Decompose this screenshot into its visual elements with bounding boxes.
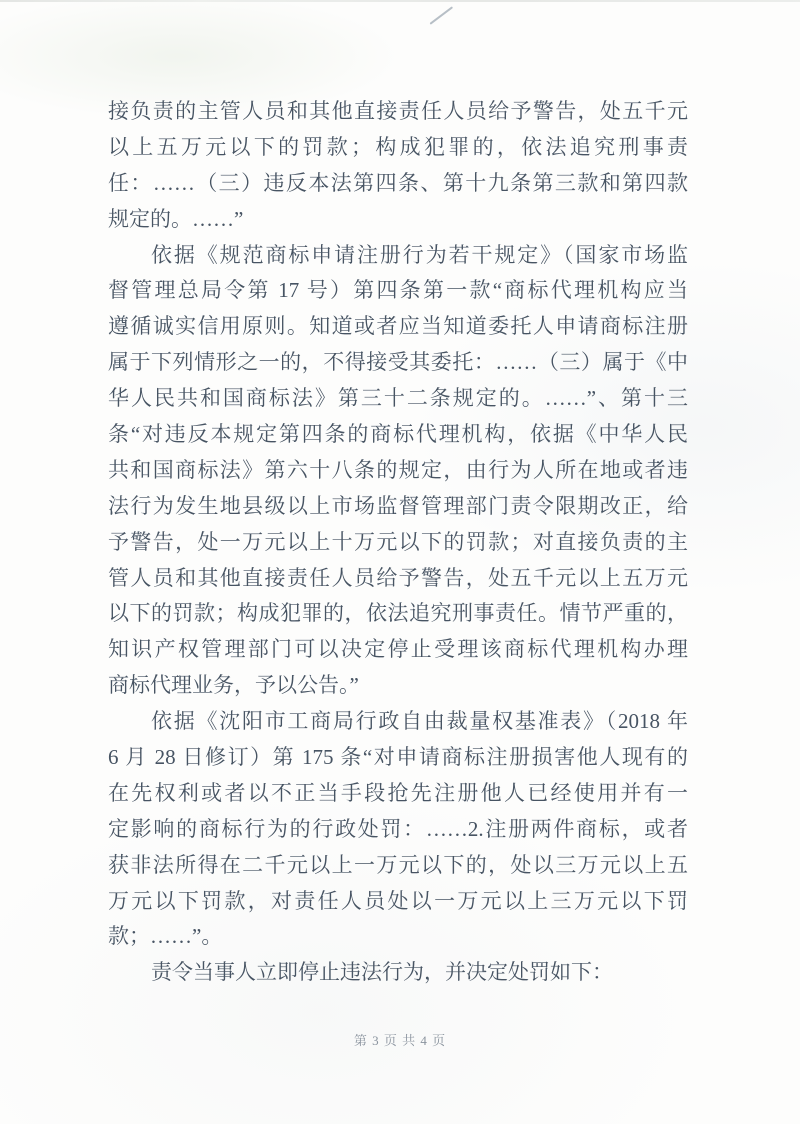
paragraph: 依据《规范商标申请注册行为若干规定》（国家市场监督管理总局令第 17 号）第四条… <box>108 238 688 705</box>
document-line: 条“对违反本规定第四条的商标代理机构，依据《中华人民 <box>108 417 688 453</box>
document-line: 管人员和其他直接责任人员给予警告，处五千元以上五万元 <box>108 561 688 597</box>
document-line: 万元以下罚款，对责任人员处以一万元以上三万元以下罚 <box>108 884 688 920</box>
document-line: 督管理总局令第 17 号）第四条第一款“商标代理机构应当 <box>108 273 688 309</box>
document-body: 接负责的主管人员和其他直接责任人员给予警告，处五千元以上五万元以下的罚款；构成犯… <box>108 94 688 991</box>
document-line: 任：……（三）违反本法第四条、第十九条第三款和第四款 <box>108 166 688 202</box>
document-line: 接负责的主管人员和其他直接责任人员给予警告，处五千元 <box>108 94 688 130</box>
document-line: 依据《沈阳市工商局行政自由裁量权基准表》（2018 年 <box>108 704 688 740</box>
document-line: 属于下列情形之一的，不得接受其委托：……（三）属于《中 <box>108 345 688 381</box>
scan-edge-top <box>0 0 800 2</box>
document-line: 责令当事人立即停止违法行为，并决定处罚如下： <box>108 955 688 991</box>
document-line: 6 月 28 日修订）第 175 条“对申请商标注册损害他人现有的 <box>108 740 688 776</box>
paragraph: 依据《沈阳市工商局行政自由裁量权基准表》（2018 年6 月 28 日修订）第 … <box>108 704 688 955</box>
document-line: 遵循诚实信用原则。知道或者应当知道委托人申请商标注册 <box>108 309 688 345</box>
document-line: 在先权利或者以不正当手段抢先注册他人已经使用并有一 <box>108 776 688 812</box>
document-line: 定影响的商标行为的行政处罚：……2.注册两件商标，或者 <box>108 812 688 848</box>
document-line: 款；……”。 <box>108 919 688 955</box>
document-line: 知识产权管理部门可以决定停止受理该商标代理机构办理 <box>108 632 688 668</box>
document-line: 商标代理业务，予以公告。” <box>108 668 688 704</box>
document-line: 以上五万元以下的罚款；构成犯罪的，依法追究刑事责 <box>108 130 688 166</box>
document-line: 华人民共和国商标法》第三十二条规定的。……”、第十三 <box>108 381 688 417</box>
scan-artifact-slash <box>430 6 453 24</box>
document-line: 获非法所得在二千元以上一万元以下的，处以三万元以上五 <box>108 848 688 884</box>
document-line: 予警告，处一万元以上十万元以下的罚款；对直接负责的主 <box>108 525 688 561</box>
document-line: 共和国商标法》第六十八条的规定，由行为人所在地或者违 <box>108 453 688 489</box>
document-line: 规定的。……” <box>108 202 688 238</box>
page-number-footer: 第 3 页 共 4 页 <box>0 1030 800 1049</box>
paragraph: 责令当事人立即停止违法行为，并决定处罚如下： <box>108 955 688 991</box>
document-line: 法行为发生地县级以上市场监督管理部门责令限期改正，给 <box>108 489 688 525</box>
document-line: 依据《规范商标申请注册行为若干规定》（国家市场监 <box>108 238 688 274</box>
paragraph: 接负责的主管人员和其他直接责任人员给予警告，处五千元以上五万元以下的罚款；构成犯… <box>108 94 688 238</box>
document-line: 以下的罚款；构成犯罪的，依法追究刑事责任。情节严重的， <box>108 596 688 632</box>
